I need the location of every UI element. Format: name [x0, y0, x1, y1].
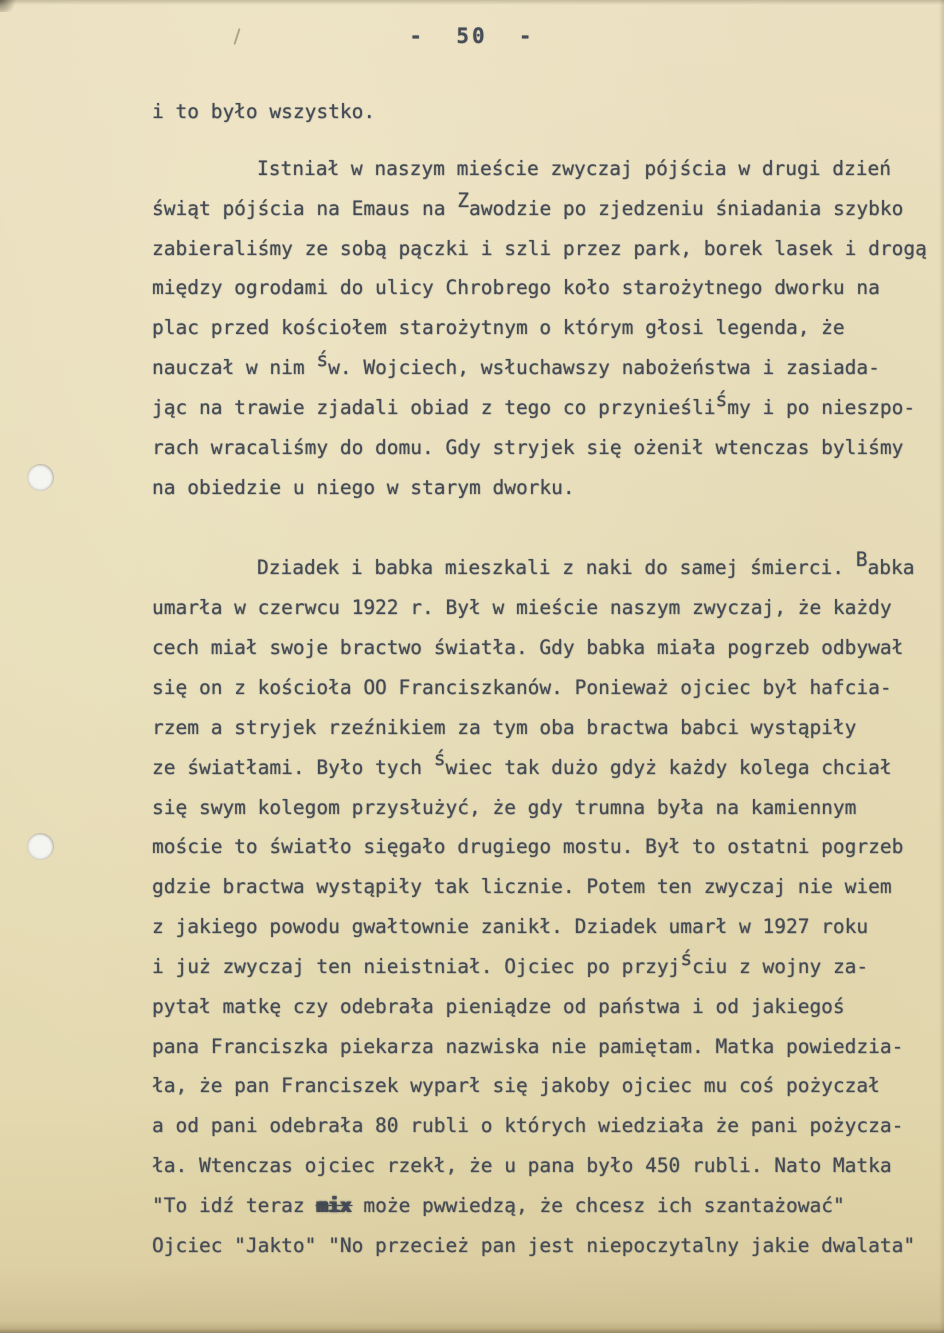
text-segment: wiec tak dużo gdyż każdy kolega chciał: [446, 756, 892, 779]
text-line: i już zwyczaj ten nieistniał. Ojciec po …: [152, 947, 944, 987]
text-line: ze światłami. Było tych świec tak dużo g…: [152, 748, 944, 788]
text-line: a od pani odebrała 80 rubli o których wi…: [152, 1106, 944, 1146]
raised-letter: ś: [716, 388, 728, 411]
text-line: na obiedzie u niego w starym dworku.: [152, 468, 944, 508]
text-segment: my i po nieszpo-: [727, 396, 915, 419]
scanned-page: - 50 - i to było wszystko. Istniał w nas…: [0, 0, 944, 1333]
text-segment: jąc na trawie zjadali obiad z tego co pr…: [152, 396, 716, 419]
scan-edge-top: [0, 0, 944, 5]
punch-hole-top: [27, 464, 54, 491]
text-segment: ciu z wojny za-: [692, 955, 868, 978]
text-segment: nauczał w nim: [152, 356, 316, 379]
text-segment: awodzie po zjedzeniu śniadania szybko: [469, 197, 903, 220]
text-line: plac przed kościołem starożytnym o który…: [152, 308, 944, 348]
raised-letter: B: [856, 548, 868, 571]
text-line: jąc na trawie zjadali obiad z tego co pr…: [152, 388, 944, 428]
text-line: pytał matkę czy odebrała pieniądze od pa…: [152, 987, 944, 1027]
struck-out-word: mix: [316, 1194, 351, 1217]
text-line: ła. Wtenczas ojciec rzekł, że u pana był…: [152, 1146, 944, 1186]
text-line: ła, że pan Franciszek wyparł się jakoby …: [152, 1066, 944, 1106]
raised-letter: ś: [434, 747, 446, 770]
text-segment: i już zwyczaj ten nieistniał. Ojciec po …: [152, 955, 680, 978]
text-segment: "To idź teraz: [152, 1194, 316, 1217]
paragraph-1: Istniał w naszym mieście zwyczaj pójścia…: [152, 149, 944, 508]
text-line: Dziadek i babka mieszkali z naki do same…: [152, 548, 944, 588]
text-line: Istniał w naszym mieście zwyczaj pójścia…: [152, 149, 944, 189]
page-number: - 50 -: [0, 24, 944, 48]
text-line: się swym kolegom przysłużyć, że gdy trum…: [152, 788, 944, 828]
text-line: świąt pójścia na Emaus na Zawodzie po zj…: [152, 189, 944, 229]
paragraph-2: Dziadek i babka mieszkali z naki do same…: [152, 548, 944, 1265]
text-line: się on z kościoła OO Franciszkanów. Poni…: [152, 668, 944, 708]
scan-corner-shadow: [0, 0, 18, 12]
raised-letter: Z: [457, 189, 469, 212]
text-line: Ojciec "Jakto" "No przecież pan jest nie…: [152, 1226, 944, 1266]
text-line: między ogrodami do ulicy Chrobrego koło …: [152, 268, 944, 308]
text-line: pana Franciszka piekarza nazwiska nie pa…: [152, 1027, 944, 1067]
text-line: umarła w czerwcu 1922 r. Był w mieście n…: [152, 588, 944, 628]
text-line: nauczał w nim św. Wojciech, wsłuchawszy …: [152, 348, 944, 388]
text-line: zabieraliśmy ze sobą pączki i szli przez…: [152, 229, 944, 269]
raised-letter: ś: [316, 348, 328, 371]
text-segment: abka: [868, 556, 915, 579]
text-line: moście to światło sięgało drugiego mostu…: [152, 827, 944, 867]
text-segment: w. Wojciech, wsłuchawszy nabożeństwa i z…: [328, 356, 880, 379]
raised-letter: ś: [680, 947, 692, 970]
text-line: gdzie bractwa wystąpiły tak licznie. Pot…: [152, 867, 944, 907]
text-segment: może pwwiedzą, że chcesz ich szantażować…: [352, 1194, 845, 1217]
punch-hole-bottom: [27, 833, 54, 860]
text-line: "To idź teraz mix może pwwiedzą, że chce…: [152, 1186, 944, 1226]
opening-line: i to było wszystko.: [152, 92, 944, 132]
text-line: cech miał swoje bractwo światła. Gdy bab…: [152, 628, 944, 668]
scan-edge-bottom: [0, 1321, 944, 1333]
text-line: z jakiego powodu gwałtownie zanikł. Dzia…: [152, 907, 944, 947]
text-line: rzem a stryjek rzeźnikiem za tym oba bra…: [152, 708, 944, 748]
text-segment: Dziadek i babka mieszkali z naki do same…: [257, 556, 856, 579]
text-segment: ze światłami. Było tych: [152, 756, 434, 779]
text-segment: świąt pójścia na Emaus na: [152, 197, 457, 220]
typewritten-text: i to było wszystko. Istniał w naszym mie…: [152, 92, 944, 1266]
text-line: rach wracaliśmy do domu. Gdy stryjek się…: [152, 428, 944, 468]
